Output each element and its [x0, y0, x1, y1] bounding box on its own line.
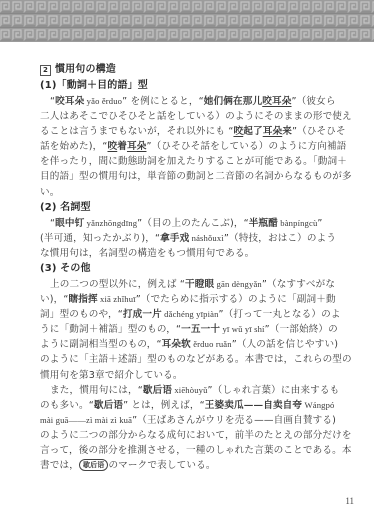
text-line: い。 — [40, 185, 340, 200]
text-line: 言って，後の部分を推測させる，一種のしゃれた言葉のことである。本 — [40, 443, 340, 458]
text-line: 慣用句を第3章で紹介している。 — [40, 368, 340, 383]
text-line: mài guā——zì mài zì kuā”（王ばあさんがウリを売る——自画自… — [40, 413, 340, 428]
section-heading: 2慣用句の構造 — [40, 62, 340, 78]
xiehouyu-mark-badge: 歇后语 — [79, 459, 108, 471]
text-line: を伴ったり，間に動態助詞を加えたりすることが可能である。「動詞＋ — [40, 154, 340, 169]
text-line: のも多い。“歇后语” とは，例えば，“王婆卖瓜——自卖自夸 Wángpó — [40, 398, 340, 413]
text-line: 目的語」型の慣用句は，単音節の動詞と二音節の名詞からなるものが多 — [40, 169, 340, 184]
text-line: のように二つの部分からなる成句において，前半のたとえの部分だけを — [40, 428, 340, 443]
greek-key-border — [0, 0, 374, 42]
text-line: な慣用句は，名詞型の構造をもつ慣用句である。 — [40, 246, 340, 261]
text-line: “咬耳朵 yǎo ěrduo” を例にとると，“她们俩在那儿咬耳朵”（彼女ら — [40, 94, 340, 109]
page-body: 2慣用句の構造 (1)「動詞＋目的語」型 “咬耳朵 yǎo ěrduo” を例に… — [40, 62, 340, 473]
text-line: うに「動詞＋補語」型のもの，“一五一十 yī wǔ yī shí”（一部始終）の — [40, 322, 340, 337]
subsection-heading-3: (3) その他 — [40, 261, 340, 277]
section-number-box: 2 — [40, 65, 51, 76]
page-number: 11 — [345, 496, 354, 506]
text-line: 上の二つの型以外に，例えば “干瞪眼 gān dèngyǎn”（なすすべがな — [40, 277, 340, 292]
text-line: また，慣用句には，“歇后语 xiēhòuyǔ”（しゃれ言葉）に由来するも — [40, 383, 340, 398]
text-line: 二人はあそこでひそひそと話をしている）のようにそのままの形で使え — [40, 109, 340, 124]
section-title: 慣用句の構造 — [55, 64, 116, 75]
text-line: い)，“瞎指挥 xiā zhǐhuī”（でたらめに指示する）のように「副詞＋動 — [40, 292, 340, 307]
text-line: 話を始めた)，“咬着耳朵”（ひそひそ話をしている）のように方向補語 — [40, 139, 340, 154]
text-line: 書では，歇后语のマークで表している。 — [40, 458, 340, 473]
text-line: (半可通，知ったかぶり)，“拿手戏 náshǒuxì”（特技，おはこ）のよう — [40, 231, 340, 246]
text-line: のように「主語＋述語」型のものなどがある。本書では，これらの型の — [40, 352, 340, 367]
text-line: “眼中钉 yǎnzhōngdīng”（目の上のたんこぶ)，“半瓶醋 bànpín… — [40, 216, 340, 231]
subsection-heading-2: (2) 名詞型 — [40, 200, 340, 216]
greek-key-pattern-icon — [0, 0, 374, 42]
text-line: 詞」型のものや，“打成一片 dǎchéng yīpiàn”（打って一丸となる）の… — [40, 307, 340, 322]
text-line: ることは言うまでもないが，それ以外にも “咬起了耳朵来”（ひそひそ — [40, 124, 340, 139]
subsection-heading-1: (1)「動詞＋目的語」型 — [40, 78, 340, 94]
text-line: ように副詞相当型のもの，“耳朵软 ěrduo ruǎn”（人の話を信じやすい) — [40, 337, 340, 352]
